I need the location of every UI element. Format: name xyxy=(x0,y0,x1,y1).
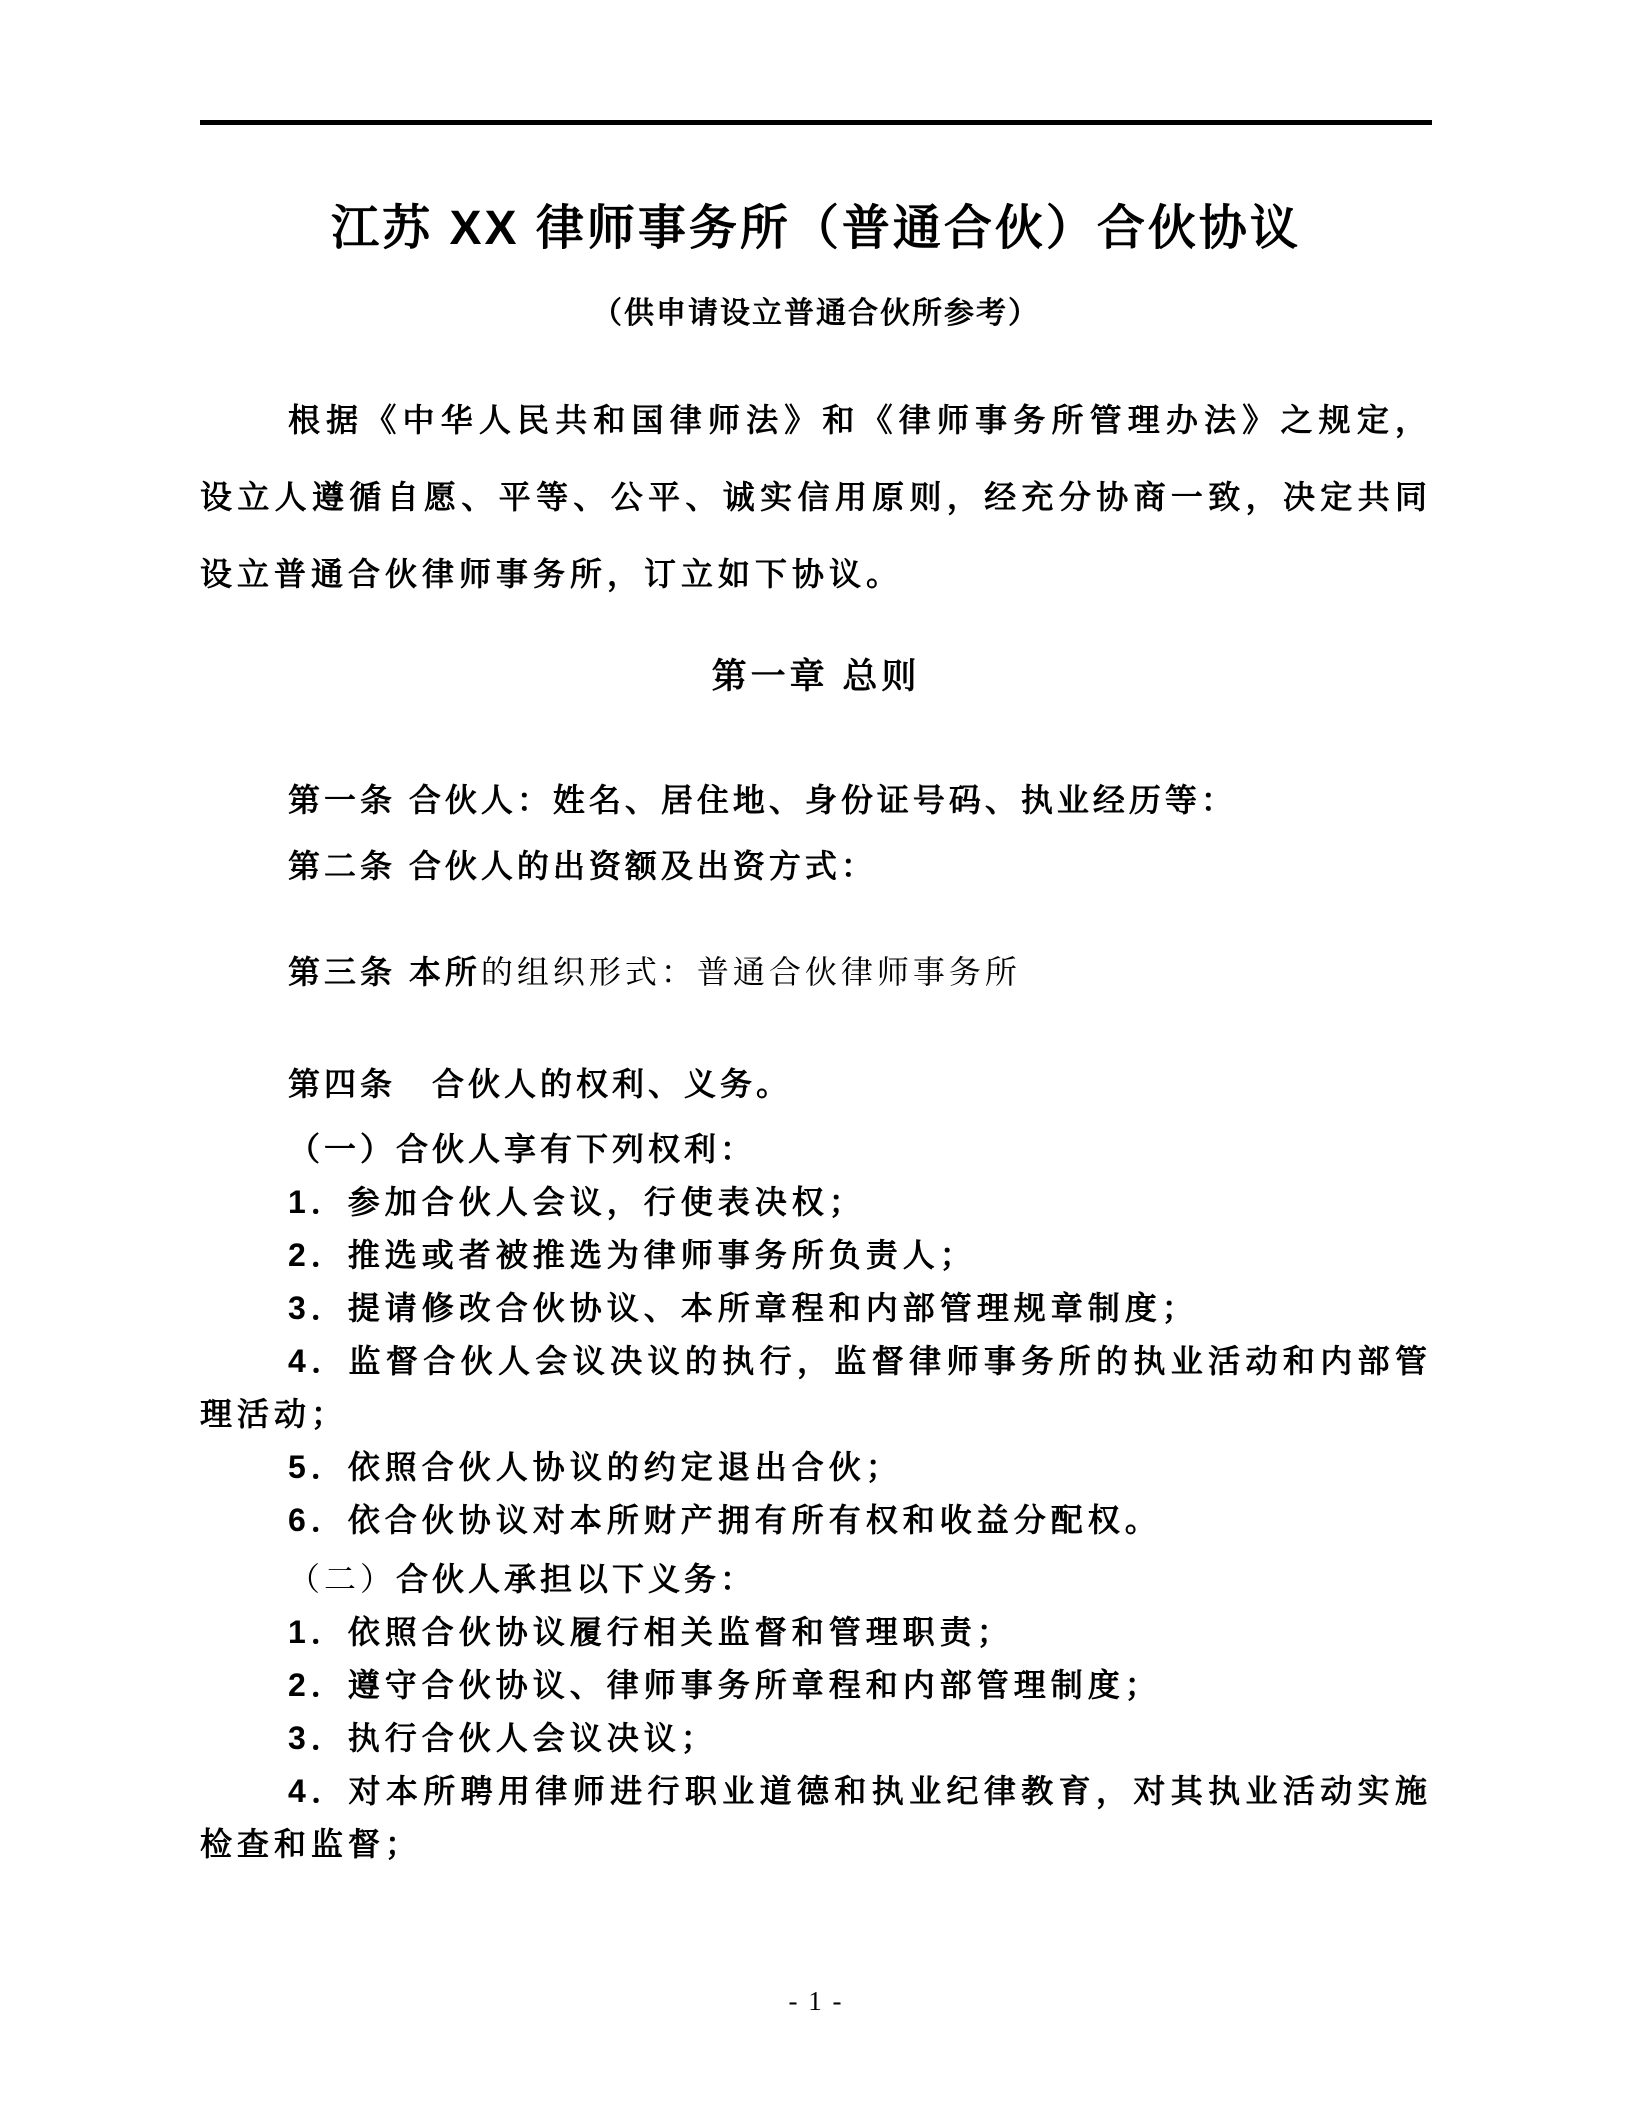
article-1: 第一条 合伙人：姓名、居住地、身份证号码、执业经历等： xyxy=(200,767,1432,833)
duties-subheading: （二）合伙人承担以下义务： xyxy=(200,1553,1432,1606)
article-3-bold-run: 第三条 本所 xyxy=(288,954,481,990)
article-3-regular-run: 的组织形式：普通合伙律师事务所 xyxy=(481,954,1021,990)
page-number: - 1 - xyxy=(0,1986,1632,2017)
rights-item-2: 2．推选或者被推选为律师事务所负责人； xyxy=(200,1229,1432,1282)
rights-item-1: 1．参加合伙人会议，行使表决权； xyxy=(200,1176,1432,1229)
duties-subheading-text: 合伙人承担以下义务： xyxy=(396,1561,756,1597)
article-4: 第四条 合伙人的权利、义务。 xyxy=(200,1051,1432,1117)
duties-item-3: 3．执行合伙人会议决议； xyxy=(200,1712,1432,1765)
rights-subheading: （一）合伙人享有下列权利： xyxy=(200,1123,1432,1176)
intro-paragraph: 根据《中华人民共和国律师法》和《律师事务所管理办法》之规定，设立人遵循自愿、平等… xyxy=(200,382,1432,613)
rights-item-5: 5．依照合伙人协议的约定退出合伙； xyxy=(200,1441,1432,1494)
duties-item-1: 1．依照合伙协议履行相关监督和管理职责； xyxy=(200,1606,1432,1659)
document-title: 江苏 XX 律师事务所（普通合伙）合伙协议 xyxy=(200,197,1432,262)
rights-item-4: 4．监督合伙人会议决议的执行，监督律师事务所的执业活动和内部管理活动； xyxy=(200,1335,1432,1441)
rights-item-6: 6．依合伙协议对本所财产拥有所有权和收益分配权。 xyxy=(200,1494,1432,1547)
duties-subheading-number: （二） xyxy=(288,1561,396,1597)
document-subtitle: （供申请设立普通合伙所参考） xyxy=(200,288,1432,332)
document-page: 江苏 XX 律师事务所（普通合伙）合伙协议 （供申请设立普通合伙所参考） 根据《… xyxy=(0,0,1632,2112)
header-rule xyxy=(200,120,1432,125)
page-content: 江苏 XX 律师事务所（普通合伙）合伙协议 （供申请设立普通合伙所参考） 根据《… xyxy=(0,120,1632,1871)
article-2: 第二条 合伙人的出资额及出资方式： xyxy=(200,833,1432,899)
rights-item-3: 3．提请修改合伙协议、本所章程和内部管理规章制度； xyxy=(200,1282,1432,1335)
chapter-1-heading: 第一章 总则 xyxy=(200,653,1432,701)
duties-item-2: 2．遵守合伙协议、律师事务所章程和内部管理制度； xyxy=(200,1659,1432,1712)
article-3: 第三条 本所的组织形式：普通合伙律师事务所 xyxy=(200,939,1432,1005)
duties-item-4: 4．对本所聘用律师进行职业道德和执业纪律教育，对其执业活动实施检查和监督； xyxy=(200,1765,1432,1871)
